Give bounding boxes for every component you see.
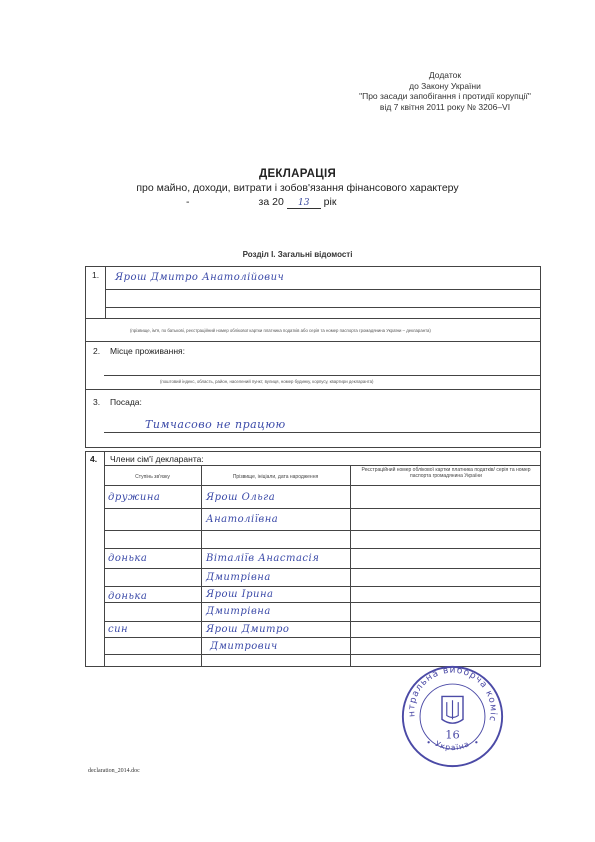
table-row-line xyxy=(104,548,541,549)
family-name-line1: Ярош Дмитро xyxy=(206,624,289,635)
family-name-line1: Віталіїв Анастасія xyxy=(206,553,319,564)
annex-line: "Про засади запобігання і протидії коруп… xyxy=(335,91,555,102)
item1-number: 1. xyxy=(92,270,99,280)
official-stamp: Центральна виборча комісія Україна 16 xyxy=(400,664,505,769)
table-row-line xyxy=(104,637,541,638)
document-title-block: ДЕКЛАРАЦІЯ про майно, доходи, витрати і … xyxy=(0,168,595,209)
column-header-tax-id: Реєстраційний номер облікової картки пла… xyxy=(354,467,538,479)
table-row-line xyxy=(104,654,541,655)
annex-line: до Закону України xyxy=(335,81,555,92)
item1-line xyxy=(105,289,541,290)
family-name-line2: Анатоліївна xyxy=(206,514,278,525)
year-suffix: рік xyxy=(324,196,337,208)
footer-filename: declaration_2014.doc xyxy=(88,768,140,774)
item4-label: Члени сім'ї декларанта: xyxy=(110,454,204,464)
family-name-line2: Дмитрівна xyxy=(206,606,271,617)
table-row-line xyxy=(104,568,541,569)
table-row-line xyxy=(104,602,541,603)
section-title: Розділ І. Загальні відомості xyxy=(0,250,595,259)
table-row-line xyxy=(104,508,541,509)
item3-line xyxy=(104,432,541,433)
position-handwritten: Тимчасово не працюю xyxy=(145,418,286,431)
item2-line xyxy=(104,375,541,376)
item4-divider xyxy=(104,451,105,667)
stamp-number: 16 xyxy=(445,727,460,741)
annex-header: Додаток до Закону України "Про засади за… xyxy=(335,70,555,112)
item1-divider xyxy=(105,266,106,318)
family-relation: донька xyxy=(108,553,147,564)
family-relation: дружина xyxy=(108,492,160,503)
document-subtitle: про майно, доходи, витрати і зобов'язанн… xyxy=(0,182,595,194)
item2-number: 2. xyxy=(93,346,100,356)
family-name-line1: Ярош Ольга xyxy=(206,492,275,503)
year-line: - за 20 13 рік xyxy=(0,196,595,209)
column-header-relation: Ступінь зв'язку xyxy=(104,474,201,480)
document-title: ДЕКЛАРАЦІЯ xyxy=(0,168,595,180)
trident-icon xyxy=(442,696,463,723)
item2-label: Місце проживання: xyxy=(110,346,185,356)
item1-caption: (прізвище, ім'я, по батькові, реєстрацій… xyxy=(130,328,431,333)
table-row-line xyxy=(104,485,541,486)
table-row-line xyxy=(104,530,541,531)
family-name-line2: Дмитрівна xyxy=(206,572,271,583)
item1-line xyxy=(105,307,541,308)
declarant-name-handwritten: Ярош Дмитро Анатолійович xyxy=(115,272,284,283)
table-row-line xyxy=(104,586,541,587)
item3-number: 3. xyxy=(93,397,100,407)
item2-caption: (поштовий індекс, область, район, населе… xyxy=(160,379,373,384)
table-header-top xyxy=(104,465,541,466)
year-handwritten: 13 xyxy=(287,198,321,209)
table-row-line xyxy=(104,621,541,622)
family-name-line2: Дмитрович xyxy=(210,641,278,652)
item3-label: Посада: xyxy=(110,397,142,407)
svg-text:Центральна виборча комісія: Центральна виборча комісія xyxy=(400,664,498,723)
annex-line: від 7 квітня 2011 року № 3206–VI xyxy=(335,102,555,113)
column-header-name: Прізвище, ініціали, дата народження xyxy=(201,474,350,480)
family-relation: донька xyxy=(108,591,147,602)
family-name-line1: Ярош Ірина xyxy=(206,589,274,600)
stray-dash: - xyxy=(186,196,190,208)
annex-line: Додаток xyxy=(335,70,555,81)
item1-line xyxy=(85,318,541,319)
item4-number: 4. xyxy=(90,454,97,464)
year-prefix: за 20 xyxy=(259,196,284,208)
stamp-top-text: Центральна виборча комісія xyxy=(400,664,498,723)
family-relation: син xyxy=(108,624,128,635)
